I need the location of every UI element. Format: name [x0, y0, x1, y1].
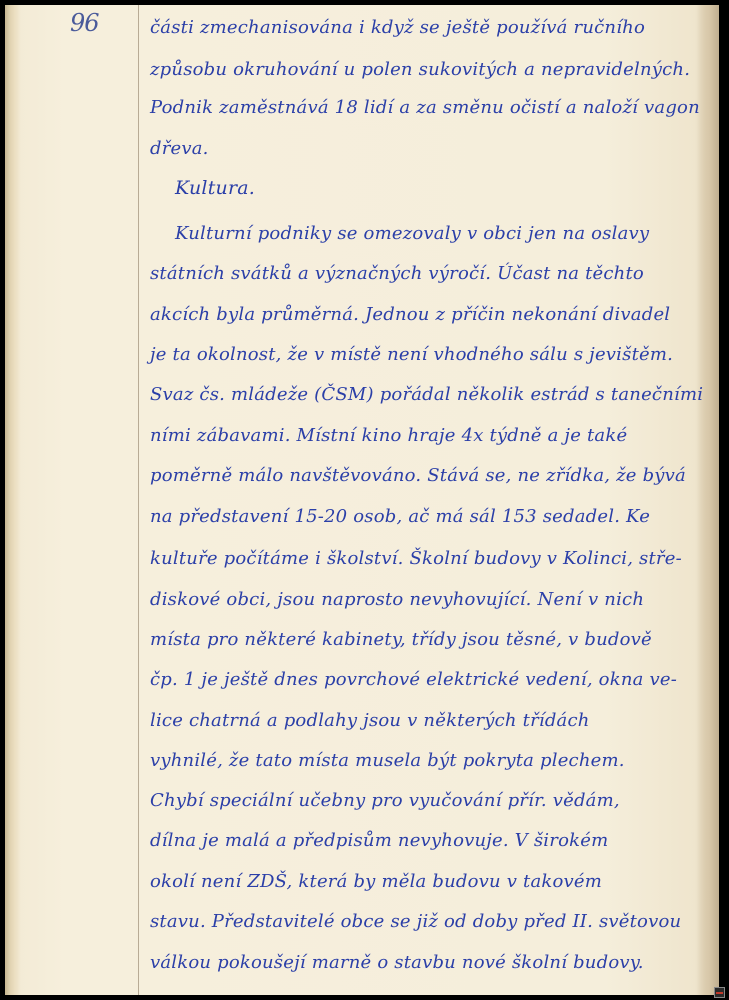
text-line: státních svátků a význačných výročí. Úča…: [150, 263, 644, 284]
text-line: čp. 1 je ještě dnes povrchové elektrické…: [150, 669, 677, 690]
text-line: poměrně málo navštěvováno. Stává se, ne …: [150, 465, 686, 486]
text-line: akcích byla průměrná. Jednou z příčin ne…: [150, 304, 670, 325]
text-line: místa pro některé kabinety, třídy jsou t…: [150, 629, 652, 650]
text-line: diskové obci, jsou naprosto nevyhovující…: [150, 589, 644, 610]
chronicle-page: 96 části zmechanisována i když se ještě …: [5, 5, 719, 995]
text-line: je ta okolnost, že v místě není vhodného…: [150, 344, 673, 365]
scan-corner-marker-icon: [714, 987, 725, 998]
text-line: na představení 15-20 osob, ač má sál 153…: [150, 506, 650, 527]
text-line: válkou pokoušejí marně o stavbu nové ško…: [150, 952, 644, 973]
text-line: vyhnilé, že tato místa musela být pokryt…: [150, 750, 625, 771]
scan-border: 96 části zmechanisována i když se ještě …: [0, 0, 729, 1000]
book-binding-edge: [5, 5, 21, 995]
text-line: Podnik zaměstnává 18 lidí a za směnu oči…: [150, 97, 700, 118]
text-line: způsobu okruhování u polen sukovitých a …: [150, 59, 690, 80]
text-line: dílna je malá a předpisům nevyhovuje. V …: [150, 830, 608, 851]
text-line: Chybí speciální učebny pro vyučování pří…: [150, 790, 620, 811]
text-line: Svaz čs. mládeže (ČSM) pořádal několik e…: [150, 384, 703, 405]
text-line: části zmechanisována i když se ještě pou…: [150, 17, 645, 38]
text-line: lice chatrná a podlahy jsou v některých …: [150, 710, 590, 731]
section-heading-kultura: Kultura.: [175, 177, 255, 199]
page-number: 96: [70, 9, 99, 37]
text-line: stavu. Představitelé obce se již od doby…: [150, 911, 681, 932]
text-line: Kulturní podniky se omezovaly v obci jen…: [175, 223, 649, 244]
text-line: okolí není ZDŠ, která by měla budovu v t…: [150, 871, 602, 892]
text-line: kultuře počítáme i školství. Školní budo…: [150, 548, 682, 569]
page-right-edge: [697, 5, 719, 995]
margin-rule-line: [138, 5, 139, 995]
text-line: ními zábavami. Místní kino hraje 4x týdn…: [150, 425, 627, 446]
text-line: dřeva.: [150, 138, 209, 159]
